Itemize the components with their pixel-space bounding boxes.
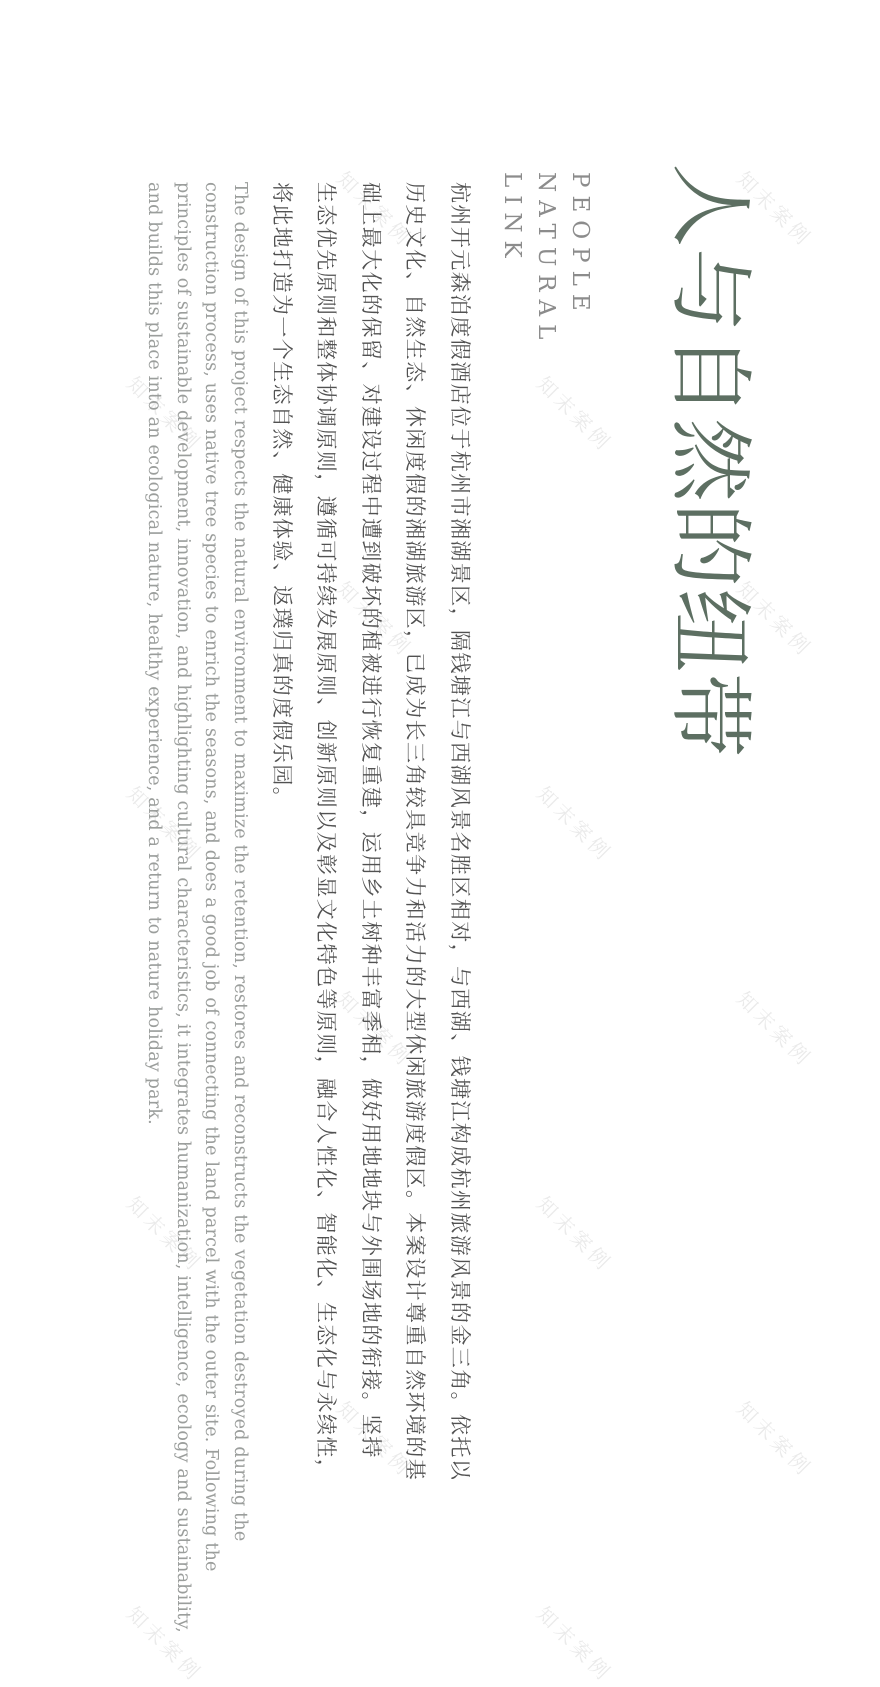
cn-paragraph-line: 历史文化、自然生态、休闲度假的湘湖旅游区，已成为长三角较具竞争力和活力的大型休闲… <box>393 182 438 1512</box>
subtitle-line: NATURAL <box>529 172 563 347</box>
watermark: 知末案例 <box>531 779 619 867</box>
watermark: 知末案例 <box>531 1189 619 1277</box>
cn-paragraph-line: 础上最大化的保留、对建设过程中遭到破坏的植被进行恢复重建，运用乡土树种丰富季相，… <box>349 182 394 1512</box>
subtitle-line: PEOPLE <box>563 172 597 347</box>
cn-paragraph-line: 杭州开元森泊度假酒店位于杭州市湘湖景区，隔钱塘江与西湖风景名胜区相对，与西湖、钱… <box>438 182 483 1512</box>
cn-paragraph-line: 生态优先原则和整体协调原则，遵循可持续发展原则、创新原则以及彰显文化特色等原则，… <box>304 182 349 1512</box>
watermark: 知末案例 <box>121 1599 209 1678</box>
watermark: 知末案例 <box>531 369 619 457</box>
subtitle-line: LINK <box>495 172 529 347</box>
cn-paragraph-line: 将此地打造为一个生态自然、健康体验、返璞归真的度假乐园。 <box>260 182 305 1512</box>
en-paragraph-line: construction process, uses native tree s… <box>197 182 226 1582</box>
page-title: 人与自然的纽带 <box>668 163 752 758</box>
watermark: 知末案例 <box>731 1394 819 1482</box>
en-paragraph-line: The design of this project respects the … <box>225 182 254 1582</box>
watermark: 知末案例 <box>731 984 819 1072</box>
en-paragraph-line: principles of sustainable development, i… <box>168 182 197 1582</box>
en-paragraph-line: and builds this place into an ecological… <box>140 182 169 1582</box>
subtitle: PEOPLE NATURAL LINK <box>495 172 597 347</box>
watermark: 知末案例 <box>531 1599 619 1678</box>
chinese-paragraph: 杭州开元森泊度假酒店位于杭州市湘湖景区，隔钱塘江与西湖风景名胜区相对，与西湖、钱… <box>260 182 483 1512</box>
rotated-canvas: 知末案例知末案例知末案例知末案例知末案例知末案例知末案例知末案例知末案例知末案例… <box>0 0 880 1678</box>
english-paragraph: The design of this project respects the … <box>140 182 254 1582</box>
